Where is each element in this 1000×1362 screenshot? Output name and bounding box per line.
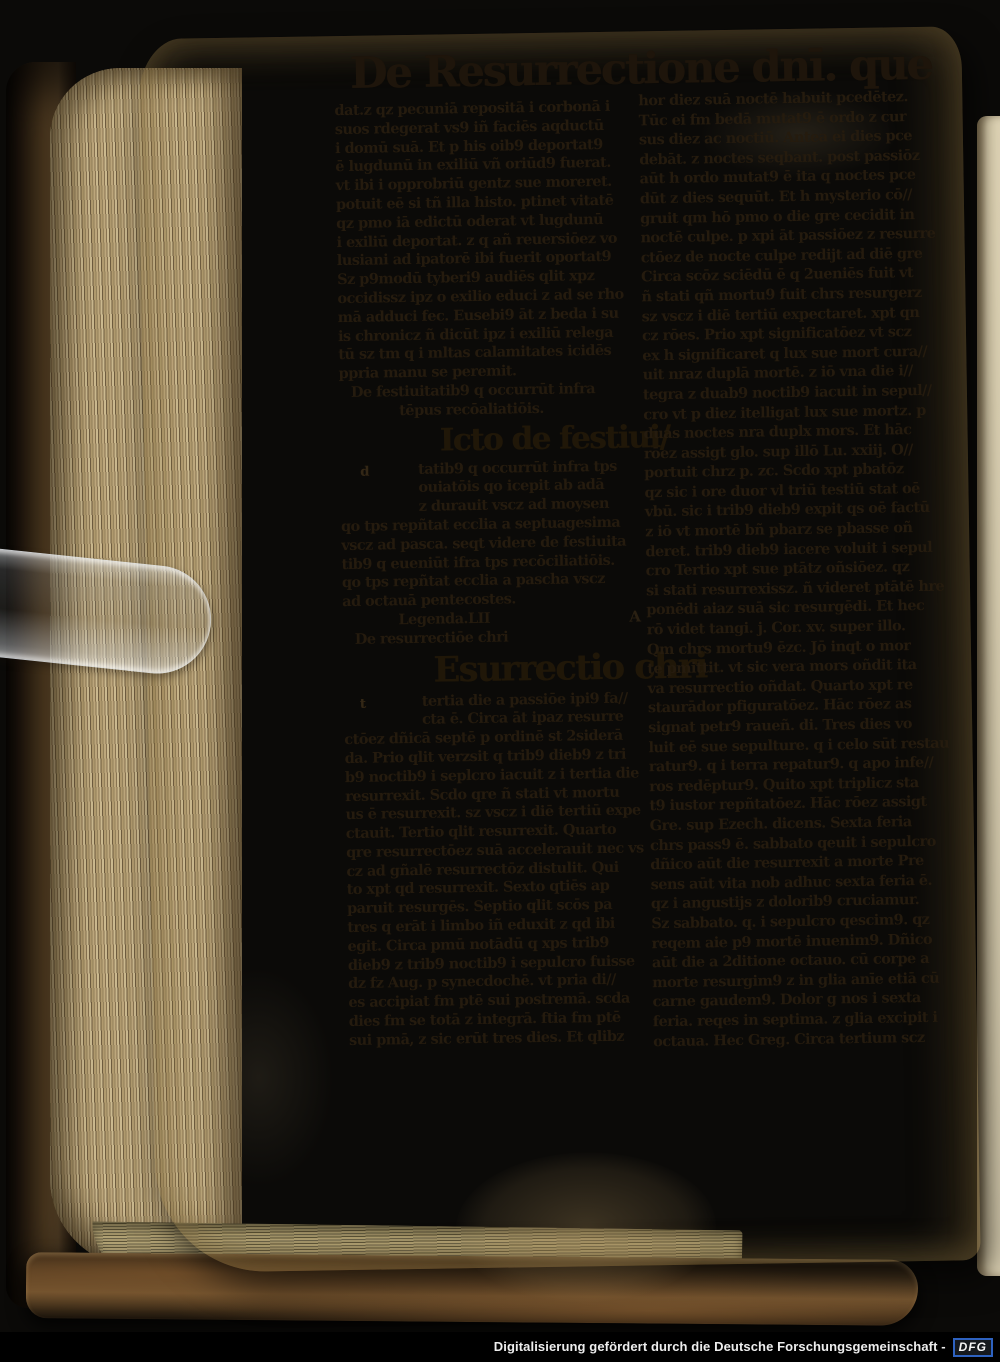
digitization-credit-text: Digitalisierung gefördert durch die Deut… bbox=[494, 1339, 946, 1355]
paragraph: tatib9 q occurrūt infra tpsouiatōis qo i… bbox=[340, 457, 641, 518]
marginal-letter: A bbox=[629, 607, 640, 626]
legenda-caption-text: Legenda.LII bbox=[398, 610, 490, 628]
chapter-heading: t Esurrectio chri bbox=[343, 645, 644, 694]
paragraph: dat.z qz pecuniā repositā i corbonā isuo… bbox=[334, 97, 638, 384]
text-line: octaua. Hec Greg. Circa tertium scz bbox=[653, 1027, 955, 1051]
guide-letter: d bbox=[360, 465, 368, 479]
text-line: sui pmā, z sic erūt tres dies. Et qlibz bbox=[349, 1027, 649, 1051]
page-stain bbox=[182, 966, 335, 1188]
paragraph: hor diez suā noctē habuit pcedētez.Tūc e… bbox=[638, 87, 955, 1052]
text-column-right: hor diez suā noctē habuit pcedētez.Tūc e… bbox=[638, 87, 955, 1052]
text-column-left: dat.z qz pecuniā repositā i corbonā isuo… bbox=[334, 97, 649, 1050]
scan-background: De Resurrectione dnī. que dat.z qz pecun… bbox=[0, 0, 1000, 1362]
dfg-logo: DFG bbox=[953, 1338, 993, 1357]
guide-letter: t bbox=[360, 697, 365, 711]
section-heading-text: Icto de festiui/ bbox=[439, 418, 669, 458]
paragraph: ctōez dñicā septē p ordinē st 2siderāda.… bbox=[344, 726, 649, 1050]
digitization-footer: Digitalisierung gefördert durch die Deut… bbox=[0, 1332, 1000, 1362]
facing-page-edge bbox=[977, 116, 1000, 1276]
paragraph: tertia die a passiōe ipi9 fa//cta ē. Cir… bbox=[344, 689, 645, 731]
paragraph: qo tps repñtat ecclia a septuagesimavscz… bbox=[341, 513, 642, 612]
book-page: De Resurrectione dnī. que dat.z qz pecun… bbox=[137, 26, 980, 1273]
section-heading: d Icto de festiui/ bbox=[339, 417, 640, 462]
